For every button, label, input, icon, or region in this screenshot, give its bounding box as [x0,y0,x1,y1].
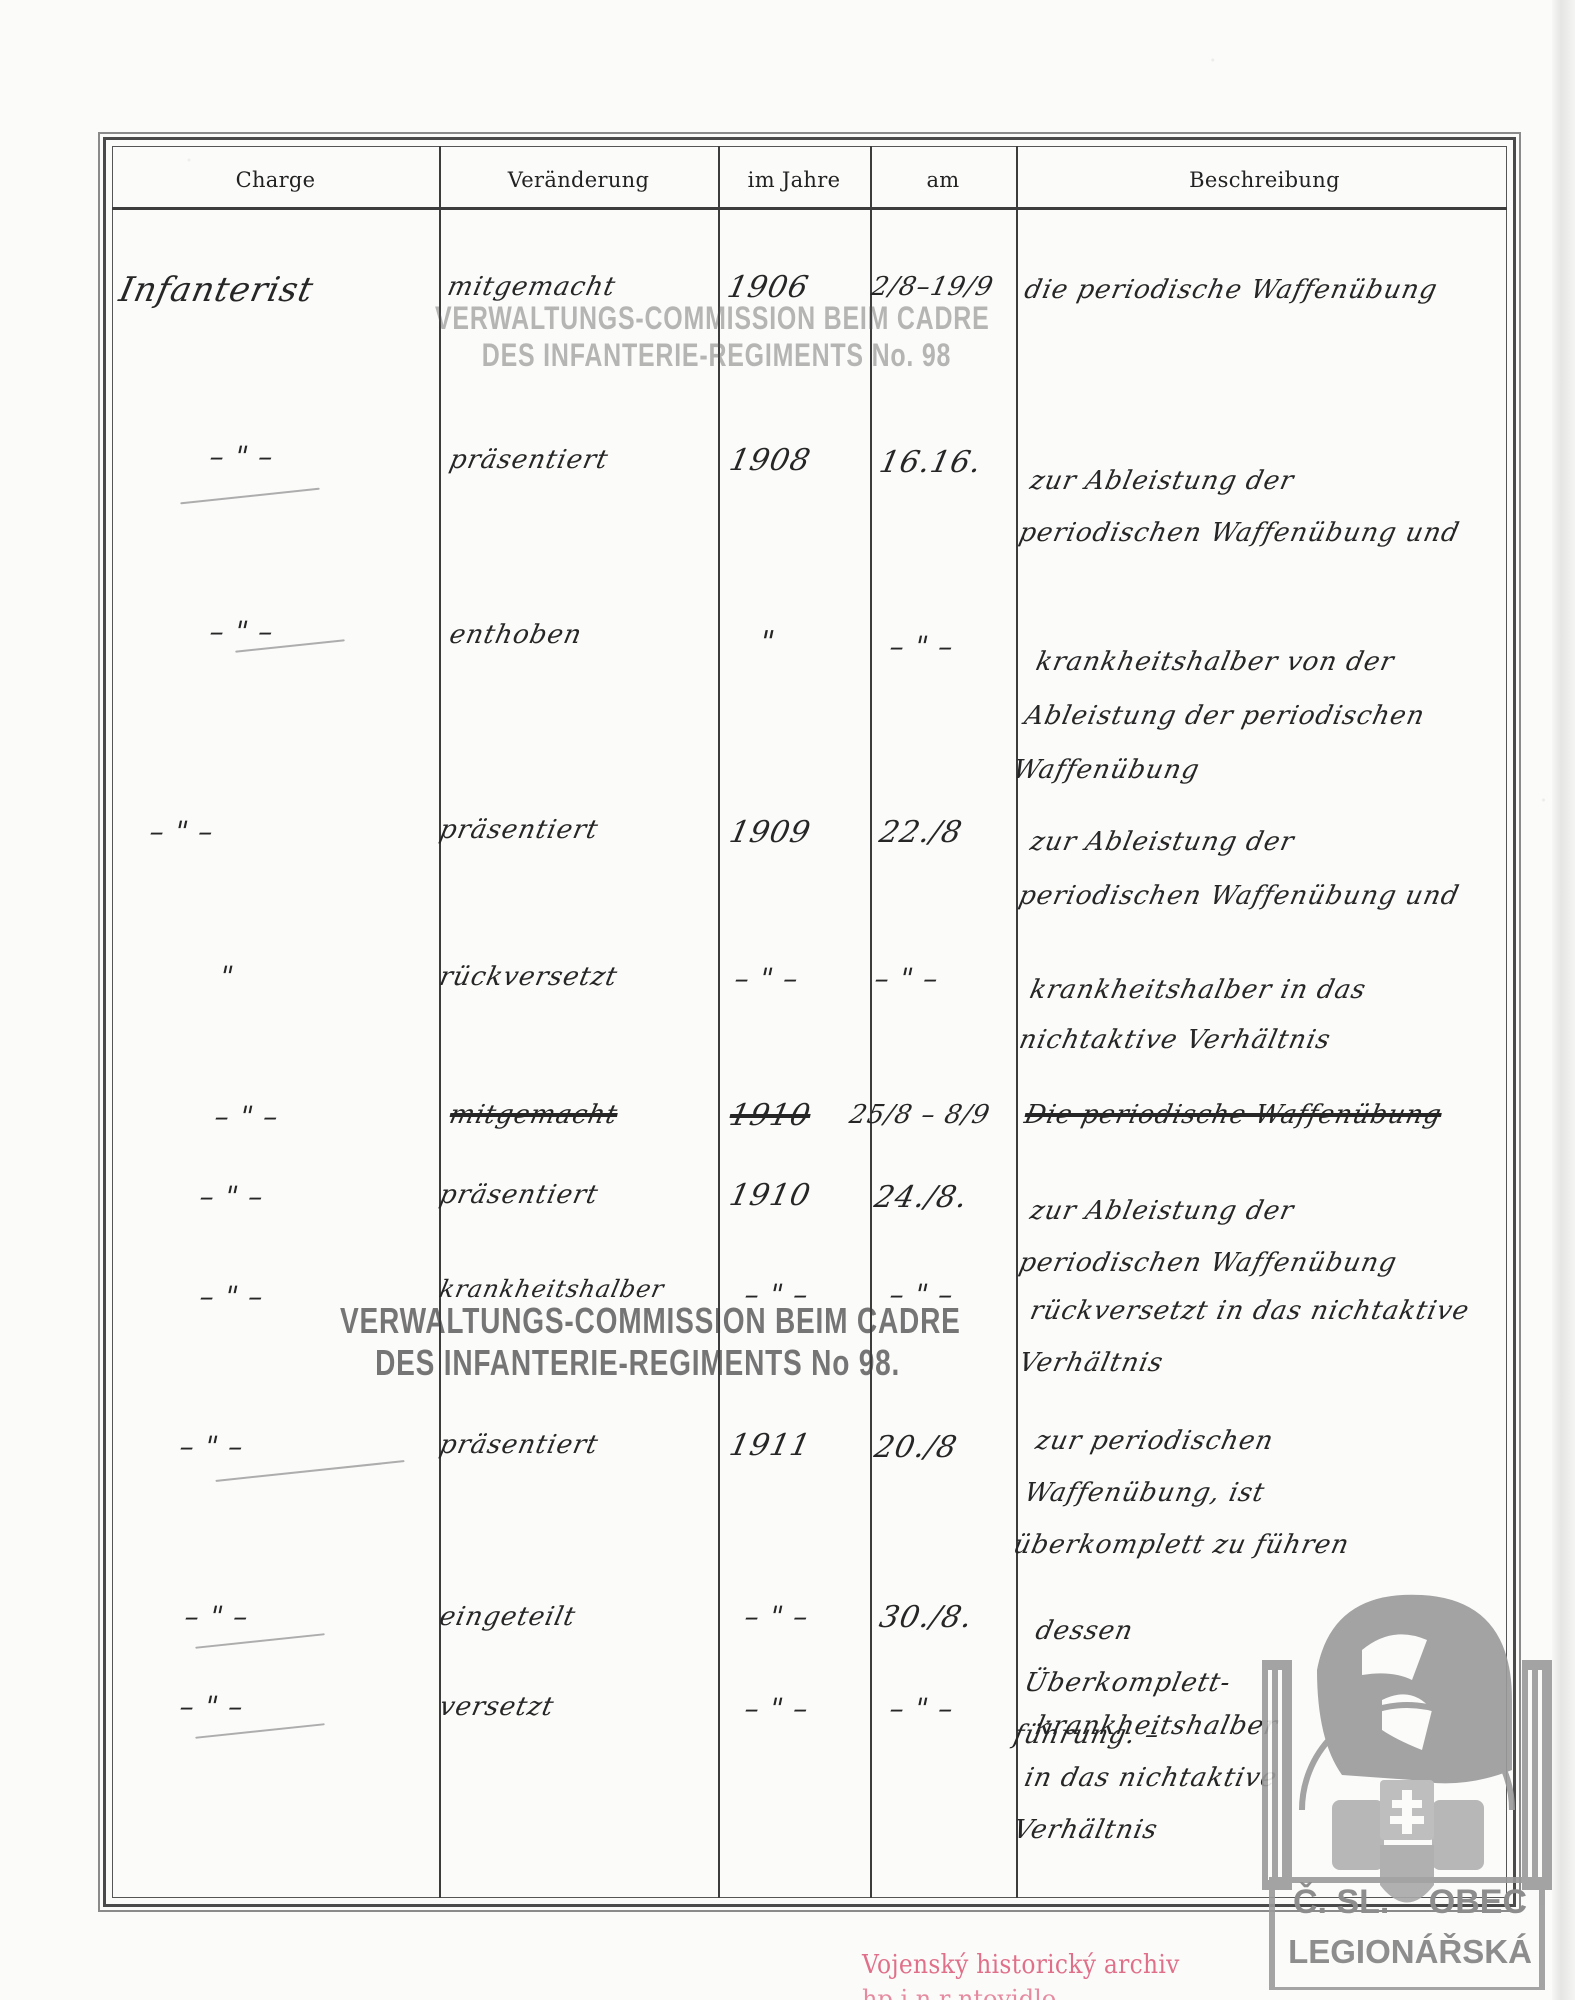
cell-beschreibung: zur periodischen Waffenübung, ist überko… [1008,1415,1461,1571]
cell-veranderung: präsentiert [437,1430,601,1460]
column-divider [439,146,441,1898]
stamp-line: VERWALTUNGS-COMMISSION BEIM CADRE [435,300,990,337]
cell-charge: – " – [146,815,217,848]
cell-am: – " – [886,1278,957,1311]
cell-veranderung: versetzt [437,1692,557,1722]
cell-charge: – " – [206,615,277,648]
cell-charge: – " – [176,1430,247,1463]
cell-am: 24./8. [871,1180,971,1215]
cell-beschreibung: krankheitshalber in das nichtaktive Verh… [1008,1700,1301,1856]
cell-jahr: 1911 [726,1428,814,1463]
cell-beschreibung: krankheitshalber in das nichtaktive Verh… [1014,965,1475,1065]
cell-charge: – " – [196,1180,267,1213]
header-rule [112,207,1507,210]
cell-am: 2/8–19/9 [869,272,997,302]
column-divider [870,146,872,1898]
cell-jahr: 1906 [724,270,812,305]
cell-veranderung: mitgemacht [447,1100,621,1130]
cell-veranderung: enthoben [447,620,585,650]
cell-am: 20./8 [871,1430,960,1465]
regiment-stamp-middle: VERWALTUNGS-COMMISSION BEIM CADRE DES IN… [340,1300,961,1384]
archive-stamp-subtext: hp i n r ntovidlo [862,1985,1162,2000]
column-header-am: am [870,160,1016,200]
logo-text-csl: Č. SL. [1293,1883,1389,1922]
cell-beschreibung: zur Ableistung der periodischen Waffenüb… [1014,1185,1476,1289]
cell-jahr: 1908 [726,443,814,478]
logo-text-obec: OBEC [1429,1883,1527,1922]
cell-jahr: 1909 [726,815,814,850]
cell-veranderung: präsentiert [437,1180,601,1210]
cell-charge: – " – [176,1690,247,1723]
cell-jahr: – " – [741,1692,812,1725]
stamp-line: DES INFANTERIE-REGIMENTS No. 98 [482,337,990,374]
logo-text-line2: LEGIONÁŘSKÁ [1285,1933,1535,1971]
cell-am: – " – [886,630,957,663]
cell-charge: – " – [196,1280,267,1313]
cell-beschreibung: zur Ableistung der periodischen Waffenüb… [1014,455,1476,559]
column-header-charge: Charge [112,160,439,200]
column-header-beschreibung: Beschreibung [1016,160,1513,200]
cell-veranderung: eingeteilt [437,1602,579,1632]
page-edge-shadow [1552,0,1575,2000]
legion-logo-watermark [1262,1590,1552,1990]
column-header-veranderung: Veränderung [439,160,718,200]
cell-jahr: 1910 [726,1098,814,1133]
cell-jahr: – " – [741,1278,812,1311]
cell-beschreibung: zur Ableistung der periodischen Waffenüb… [1014,815,1477,923]
cell-am: – " – [871,962,942,995]
archive-stamp: Vojenský historický archiv [862,1950,1180,1980]
cell-veranderung: mitgemacht [445,272,619,302]
cell-beschreibung: krankheitshalber von der Ableistung der … [1008,635,1482,797]
column-header-jahr: im Jahre [718,160,870,200]
cell-charge: Infanterist [116,270,318,310]
cell-jahr: – " – [741,1600,812,1633]
cell-am: 22./8 [876,815,965,850]
cell-charge: – " – [181,1600,252,1633]
cell-jahr: 1910 [726,1178,814,1213]
cell-charge: – " – [206,440,277,473]
cell-beschreibung: die periodische Waffenübung [1022,275,1441,305]
column-divider [1016,146,1018,1898]
cell-jahr: – " – [731,962,802,995]
cell-veranderung: präsentiert [437,815,601,845]
cell-am: 25/8 – 8/9 [847,1100,993,1130]
stamp-line: DES INFANTERIE-REGIMENTS No 98. [375,1342,961,1384]
regiment-stamp-top: VERWALTUNGS-COMMISSION BEIM CADRE DES IN… [435,300,990,374]
cell-charge: – " – [211,1100,282,1133]
cell-veranderung: rückversetzt [437,962,621,992]
cell-veranderung: präsentiert [447,445,611,475]
cell-beschreibung: rückversetzt in das nichtaktive Verhältn… [1014,1285,1476,1389]
cell-am: 30./8. [876,1600,976,1635]
stamp-line: VERWALTUNGS-COMMISSION BEIM CADRE [340,1300,961,1342]
cell-beschreibung: Die periodische Waffenübung [1022,1100,1445,1130]
logo-text-line1: Č. SL. OBEC [1285,1883,1535,1922]
cell-veranderung: krankheitshalber [437,1275,667,1303]
cell-am: – " – [886,1692,957,1725]
column-divider [718,146,720,1898]
cell-am: 16.16. [876,445,985,480]
